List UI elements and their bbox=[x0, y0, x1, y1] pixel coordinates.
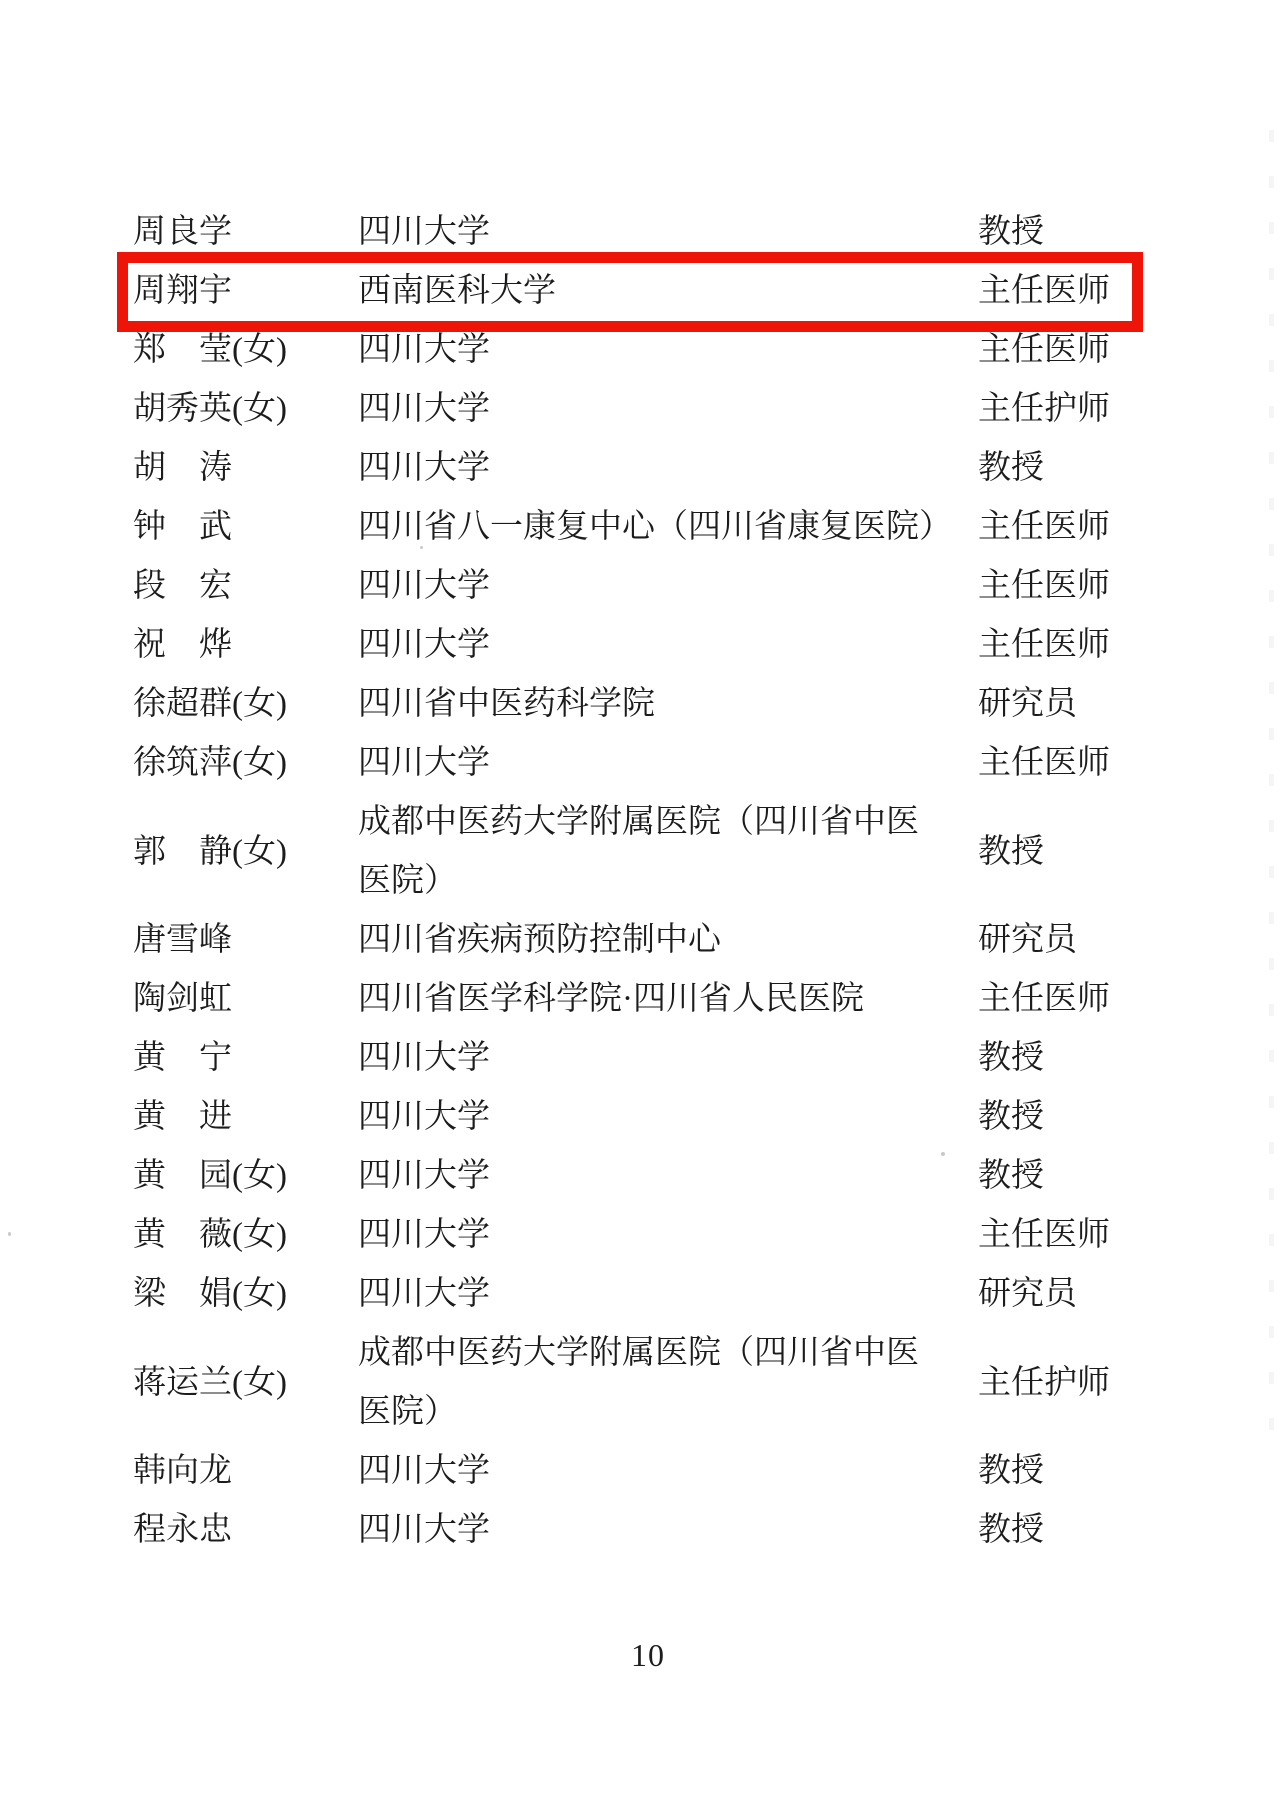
person-name: 徐筑萍(女) bbox=[133, 734, 358, 793]
person-row: 徐筑萍(女) 四川大学 主任医师 bbox=[133, 734, 1143, 793]
person-title: 研究员 bbox=[978, 1265, 1143, 1324]
person-name: 祝 烨 bbox=[133, 616, 358, 675]
person-row: 徐超群(女) 四川省中医药科学院 研究员 bbox=[133, 675, 1143, 734]
person-row: 陶剑虹 四川省医学科学院·四川省人民医院 主任医师 bbox=[133, 970, 1143, 1029]
person-institution: 成都中医药大学附属医院（四川省中医 医院） bbox=[358, 793, 978, 911]
person-title: 教授 bbox=[978, 1442, 1143, 1501]
person-name: 黄 园(女) bbox=[133, 1147, 358, 1206]
person-institution: 四川省八一康复中心（四川省康复医院） bbox=[358, 498, 978, 557]
person-institution: 西南医科大学 bbox=[358, 262, 978, 321]
person-institution: 四川省医学科学院·四川省人民医院 bbox=[358, 970, 978, 1029]
scan-dot bbox=[941, 1152, 945, 1156]
person-title: 教授 bbox=[978, 1501, 1143, 1560]
person-name: 胡秀英(女) bbox=[133, 380, 358, 439]
person-name: 梁 娟(女) bbox=[133, 1265, 358, 1324]
person-title: 教授 bbox=[978, 1147, 1143, 1206]
person-name: 陶剑虹 bbox=[133, 970, 358, 1029]
person-name: 钟 武 bbox=[133, 498, 358, 557]
person-row: 钟 武 四川省八一康复中心（四川省康复医院） 主任医师 bbox=[133, 498, 1143, 557]
person-institution: 四川大学 bbox=[358, 557, 978, 616]
person-title: 主任护师 bbox=[978, 1354, 1143, 1413]
person-institution: 成都中医药大学附属医院（四川省中医 医院） bbox=[358, 1324, 978, 1442]
person-institution: 四川大学 bbox=[358, 1029, 978, 1088]
scan-dot bbox=[420, 546, 423, 549]
document-page: 周良学 四川大学 教授 周翔宇 西南医科大学 主任医师 郑 莹(女) 四川大学 … bbox=[0, 0, 1280, 1807]
person-title: 研究员 bbox=[978, 675, 1143, 734]
person-title: 教授 bbox=[978, 203, 1143, 262]
person-institution: 四川大学 bbox=[358, 380, 978, 439]
person-institution: 四川大学 bbox=[358, 1206, 978, 1265]
person-name: 韩向龙 bbox=[133, 1442, 358, 1501]
person-row: 黄 园(女) 四川大学 教授 bbox=[133, 1147, 1143, 1206]
person-row: 蒋运兰(女) 成都中医药大学附属医院（四川省中医 医院） 主任护师 bbox=[133, 1324, 1143, 1442]
person-title: 主任医师 bbox=[978, 616, 1143, 675]
person-title: 主任医师 bbox=[978, 321, 1143, 380]
person-name: 唐雪峰 bbox=[133, 911, 358, 970]
person-name: 黄 宁 bbox=[133, 1029, 358, 1088]
person-row: 段 宏 四川大学 主任医师 bbox=[133, 557, 1143, 616]
person-row: 胡秀英(女) 四川大学 主任护师 bbox=[133, 380, 1143, 439]
person-row: 郑 莹(女) 四川大学 主任医师 bbox=[133, 321, 1143, 380]
person-name: 郭 静(女) bbox=[133, 823, 358, 882]
person-name: 蒋运兰(女) bbox=[133, 1354, 358, 1413]
person-row: 唐雪峰 四川省疾病预防控制中心 研究员 bbox=[133, 911, 1143, 970]
person-name: 黄 进 bbox=[133, 1088, 358, 1147]
person-institution: 四川大学 bbox=[358, 1088, 978, 1147]
person-title: 主任护师 bbox=[978, 380, 1143, 439]
person-title: 主任医师 bbox=[978, 734, 1143, 793]
person-institution: 四川大学 bbox=[358, 439, 978, 498]
person-row: 梁 娟(女) 四川大学 研究员 bbox=[133, 1265, 1143, 1324]
person-row: 韩向龙 四川大学 教授 bbox=[133, 1442, 1143, 1501]
scan-noise bbox=[1269, 130, 1274, 1460]
person-institution: 四川省中医药科学院 bbox=[358, 675, 978, 734]
person-institution: 四川大学 bbox=[358, 1265, 978, 1324]
person-institution: 四川大学 bbox=[358, 734, 978, 793]
person-title: 主任医师 bbox=[978, 498, 1143, 557]
person-institution: 四川大学 bbox=[358, 1442, 978, 1501]
person-row: 郭 静(女) 成都中医药大学附属医院（四川省中医 医院） 教授 bbox=[133, 793, 1143, 911]
person-institution: 四川省疾病预防控制中心 bbox=[358, 911, 978, 970]
page-number: 10 bbox=[0, 1637, 1280, 1674]
person-row: 祝 烨 四川大学 主任医师 bbox=[133, 616, 1143, 675]
person-title: 研究员 bbox=[978, 911, 1143, 970]
person-name: 段 宏 bbox=[133, 557, 358, 616]
person-title: 主任医师 bbox=[978, 557, 1143, 616]
personnel-table: 周良学 四川大学 教授 周翔宇 西南医科大学 主任医师 郑 莹(女) 四川大学 … bbox=[133, 203, 1143, 1560]
person-row: 黄 进 四川大学 教授 bbox=[133, 1088, 1143, 1147]
person-row: 周翔宇 西南医科大学 主任医师 bbox=[133, 262, 1143, 321]
person-row: 黄 薇(女) 四川大学 主任医师 bbox=[133, 1206, 1143, 1265]
person-row: 程永忠 四川大学 教授 bbox=[133, 1501, 1143, 1560]
person-institution: 四川大学 bbox=[358, 321, 978, 380]
person-title: 主任医师 bbox=[978, 1206, 1143, 1265]
person-row: 周良学 四川大学 教授 bbox=[133, 203, 1143, 262]
person-title: 主任医师 bbox=[978, 970, 1143, 1029]
person-row: 黄 宁 四川大学 教授 bbox=[133, 1029, 1143, 1088]
person-row: 胡 涛 四川大学 教授 bbox=[133, 439, 1143, 498]
scan-dot bbox=[8, 1232, 11, 1236]
person-institution: 四川大学 bbox=[358, 203, 978, 262]
person-name: 周翔宇 bbox=[133, 262, 358, 321]
person-name: 胡 涛 bbox=[133, 439, 358, 498]
person-title: 主任医师 bbox=[978, 262, 1143, 321]
person-name: 程永忠 bbox=[133, 1501, 358, 1560]
person-name: 周良学 bbox=[133, 203, 358, 262]
person-institution: 四川大学 bbox=[358, 1147, 978, 1206]
person-title: 教授 bbox=[978, 439, 1143, 498]
person-name: 郑 莹(女) bbox=[133, 321, 358, 380]
person-institution: 四川大学 bbox=[358, 1501, 978, 1560]
person-institution: 四川大学 bbox=[358, 616, 978, 675]
person-name: 黄 薇(女) bbox=[133, 1206, 358, 1265]
person-name: 徐超群(女) bbox=[133, 675, 358, 734]
person-title: 教授 bbox=[978, 1029, 1143, 1088]
person-title: 教授 bbox=[978, 823, 1143, 882]
person-title: 教授 bbox=[978, 1088, 1143, 1147]
